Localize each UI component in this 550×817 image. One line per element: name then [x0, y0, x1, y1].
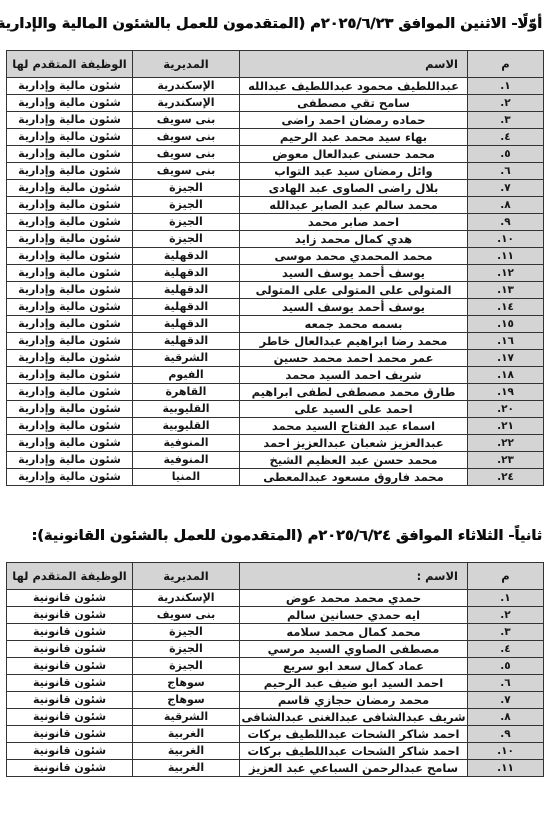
table-row: ٣.محمد كمال محمد سلامهالجيزةشئون قانونية — [7, 624, 544, 641]
cell-directorate: الدقهلية — [133, 299, 240, 316]
cell-num: ٧. — [468, 180, 544, 197]
header-directorate: المديرية — [133, 51, 240, 78]
cell-name: احمد صابر محمد — [240, 214, 468, 231]
cell-name: طارق محمد مصطفى لطفى ابراهيم — [240, 384, 468, 401]
cell-num: ١٩. — [468, 384, 544, 401]
cell-directorate: الدقهلية — [133, 282, 240, 299]
cell-directorate: الشرقية — [133, 709, 240, 726]
table-row: ١٠.هدي كمال محمد زايدالجيزةشئون مالية وإ… — [7, 231, 544, 248]
table-row: ١.حمدي محمد محمد عوضالإسكندريةشئون قانون… — [7, 590, 544, 607]
cell-num: ١٦. — [468, 333, 544, 350]
cell-name: سامح تقي مصطفى — [240, 95, 468, 112]
table-row: ٢١.اسماء عبد الفتاح السيد محمدالقليوبيةش… — [7, 418, 544, 435]
cell-job: شئون مالية وإدارية — [7, 265, 133, 282]
cell-name: احمد شاكر الشحات عبداللطيف بركات — [240, 743, 468, 760]
cell-name: شريف عبدالشافى عبدالغنى عبدالشافى — [240, 709, 468, 726]
applicants-table-legal: م الاسم : المديرية الوظيفة المتقدم لها ١… — [6, 562, 544, 777]
cell-job: شئون مالية وإدارية — [7, 333, 133, 350]
cell-directorate: الدقهلية — [133, 316, 240, 333]
document-page: أوّلًا- الاثنين الموافق ٢٠٢٥/٦/٢٣م (المت… — [0, 0, 550, 817]
cell-job: شئون قانونية — [7, 607, 133, 624]
cell-directorate: الجيزة — [133, 197, 240, 214]
cell-directorate: الغربية — [133, 726, 240, 743]
section-heading-finance-admin: أوّلًا- الاثنين الموافق ٢٠٢٥/٦/٢٣م (المت… — [8, 16, 542, 32]
cell-num: ١٢. — [468, 265, 544, 282]
cell-directorate: الجيزة — [133, 180, 240, 197]
cell-name: احمد السيد ابو ضيف عبد الرحيم — [240, 675, 468, 692]
cell-num: ٣. — [468, 112, 544, 129]
table-row: ١.عبداللطيف محمود عبداللطيف عبداللهالإسك… — [7, 78, 544, 95]
table-row: ٣.حماده رمضان احمد راضىبنى سويفشئون مالي… — [7, 112, 544, 129]
cell-name: ايه حمدي حسانين سالم — [240, 607, 468, 624]
cell-num: ٢. — [468, 95, 544, 112]
cell-directorate: المنيا — [133, 469, 240, 486]
cell-job: شئون مالية وإدارية — [7, 401, 133, 418]
cell-num: ١٧. — [468, 350, 544, 367]
cell-directorate: الغربية — [133, 743, 240, 760]
cell-name: محمد رمضان حجازي قاسم — [240, 692, 468, 709]
cell-name: محمد حسنى عبدالعال معوض — [240, 146, 468, 163]
cell-directorate: سوهاج — [133, 675, 240, 692]
cell-num: ٧. — [468, 692, 544, 709]
cell-num: ٥. — [468, 146, 544, 163]
cell-job: شئون مالية وإدارية — [7, 95, 133, 112]
cell-job: شئون مالية وإدارية — [7, 112, 133, 129]
cell-name: احمد على السيد على — [240, 401, 468, 418]
cell-num: ٢٠. — [468, 401, 544, 418]
table-row: ١٤.يوسف أحمد يوسف السيدالدقهليةشئون مالي… — [7, 299, 544, 316]
table-row: ٦.وائل رمضان سيد عبد التواببنى سويفشئون … — [7, 163, 544, 180]
cell-job: شئون قانونية — [7, 709, 133, 726]
cell-name: اسماء عبد الفتاح السيد محمد — [240, 418, 468, 435]
cell-job: شئون قانونية — [7, 624, 133, 641]
table-row: ١٦.محمد رضا ابراهيم عبدالعال خاطرالدقهلي… — [7, 333, 544, 350]
cell-job: شئون مالية وإدارية — [7, 248, 133, 265]
cell-num: ٦. — [468, 163, 544, 180]
cell-num: ٣. — [468, 624, 544, 641]
cell-directorate: القليوبية — [133, 418, 240, 435]
cell-directorate: الإسكندرية — [133, 590, 240, 607]
cell-directorate: الدقهلية — [133, 265, 240, 282]
cell-job: شئون مالية وإدارية — [7, 146, 133, 163]
table-row: ٤.بهاء سيد محمد عبد الرحيمبنى سويفشئون م… — [7, 129, 544, 146]
cell-job: شئون مالية وإدارية — [7, 435, 133, 452]
cell-job: شئون قانونية — [7, 658, 133, 675]
cell-directorate: بنى سويف — [133, 163, 240, 180]
cell-job: شئون قانونية — [7, 692, 133, 709]
cell-name: محمد رضا ابراهيم عبدالعال خاطر — [240, 333, 468, 350]
table-row: ١٩.طارق محمد مصطفى لطفى ابراهيمالقاهرةشئ… — [7, 384, 544, 401]
header-number: م — [468, 51, 544, 78]
header-number: م — [468, 563, 544, 590]
cell-job: شئون مالية وإدارية — [7, 367, 133, 384]
cell-directorate: الإسكندرية — [133, 78, 240, 95]
table-row: ٢.ايه حمدي حسانين سالمبنى سويفشئون قانون… — [7, 607, 544, 624]
table-row: ١٢.يوسف أحمد يوسف السيدالدقهليةشئون مالي… — [7, 265, 544, 282]
cell-num: ٤. — [468, 641, 544, 658]
cell-num: ١٠. — [468, 743, 544, 760]
cell-job: شئون مالية وإدارية — [7, 214, 133, 231]
cell-directorate: المنوفية — [133, 435, 240, 452]
cell-num: ٢٤. — [468, 469, 544, 486]
cell-directorate: الشرقية — [133, 350, 240, 367]
cell-job: شئون مالية وإدارية — [7, 78, 133, 95]
cell-directorate: الإسكندرية — [133, 95, 240, 112]
cell-num: ١. — [468, 78, 544, 95]
cell-name: بلال راضى الصاوى عبد الهادى — [240, 180, 468, 197]
cell-directorate: الجيزة — [133, 658, 240, 675]
cell-directorate: القليوبية — [133, 401, 240, 418]
table-row: ٤.مصطفى الصاوي السيد مرسيالجيزةشئون قانو… — [7, 641, 544, 658]
cell-directorate: الدقهلية — [133, 248, 240, 265]
cell-directorate: المنوفية — [133, 452, 240, 469]
table-row: ٦.احمد السيد ابو ضيف عبد الرحيمسوهاجشئون… — [7, 675, 544, 692]
cell-name: محمد فاروق مسعود عبدالمعطى — [240, 469, 468, 486]
table-row: ٩.احمد شاكر الشحات عبداللطيف بركاتالغربي… — [7, 726, 544, 743]
header-name: الاسم — [240, 51, 468, 78]
cell-job: شئون مالية وإدارية — [7, 197, 133, 214]
table-row: ٢٣.محمد حسن عبد العظيم الشيخالمنوفيةشئون… — [7, 452, 544, 469]
cell-num: ٥. — [468, 658, 544, 675]
cell-directorate: الغربية — [133, 760, 240, 777]
cell-job: شئون مالية وإدارية — [7, 350, 133, 367]
cell-num: ٢١. — [468, 418, 544, 435]
header-job: الوظيفة المتقدم لها — [7, 563, 133, 590]
table-row: ١١.سامح عبدالرحمن السباعي عبد العزيزالغر… — [7, 760, 544, 777]
table-row: ٥.محمد حسنى عبدالعال معوضبنى سويفشئون ما… — [7, 146, 544, 163]
cell-name: المتولى على المتولى على المتولى — [240, 282, 468, 299]
cell-num: ٩. — [468, 214, 544, 231]
table-body-finance-admin: ١.عبداللطيف محمود عبداللطيف عبداللهالإسك… — [7, 78, 544, 486]
cell-job: شئون مالية وإدارية — [7, 282, 133, 299]
table-row: ١٣.المتولى على المتولى على المتولىالدقهل… — [7, 282, 544, 299]
applicants-table-finance-admin: م الاسم المديرية الوظيفة المتقدم لها ١.ع… — [6, 50, 544, 486]
cell-job: شئون مالية وإدارية — [7, 163, 133, 180]
cell-directorate: الجيزة — [133, 641, 240, 658]
section-monday-finance-admin: أوّلًا- الاثنين الموافق ٢٠٢٥/٦/٢٣م (المت… — [8, 16, 544, 486]
cell-num: ١٣. — [468, 282, 544, 299]
cell-directorate: بنى سويف — [133, 129, 240, 146]
cell-num: ١٤. — [468, 299, 544, 316]
table-row: ١١.محمد المحمدي محمد موسىالدقهليةشئون ما… — [7, 248, 544, 265]
table-body-legal: ١.حمدي محمد محمد عوضالإسكندريةشئون قانون… — [7, 590, 544, 777]
section-heading-legal: ثانياً- الثلاثاء الموافق ٢٠٢٥/٦/٢٤م (الم… — [8, 528, 542, 544]
cell-name: يوسف أحمد يوسف السيد — [240, 265, 468, 282]
cell-directorate: الفيوم — [133, 367, 240, 384]
cell-name: حماده رمضان احمد راضى — [240, 112, 468, 129]
cell-name: مصطفى الصاوي السيد مرسي — [240, 641, 468, 658]
cell-job: شئون مالية وإدارية — [7, 316, 133, 333]
cell-name: محمد كمال محمد سلامه — [240, 624, 468, 641]
cell-job: شئون مالية وإدارية — [7, 129, 133, 146]
table-row: ٢٢.عبدالعزيز شعبان عبدالعزيز احمدالمنوفي… — [7, 435, 544, 452]
table-row: ١٠.احمد شاكر الشحات عبداللطيف بركاتالغرب… — [7, 743, 544, 760]
table-row: ٩.احمد صابر محمدالجيزةشئون مالية وإدارية — [7, 214, 544, 231]
cell-job: شئون قانونية — [7, 641, 133, 658]
cell-name: عمر محمد احمد محمد حسين — [240, 350, 468, 367]
table-row: ٢٤.محمد فاروق مسعود عبدالمعطىالمنياشئون … — [7, 469, 544, 486]
header-name: الاسم : — [240, 563, 468, 590]
cell-name: سامح عبدالرحمن السباعي عبد العزيز — [240, 760, 468, 777]
cell-num: ٦. — [468, 675, 544, 692]
cell-directorate: الجيزة — [133, 624, 240, 641]
table-row: ٥.عماد كمال سعد ابو سريعالجيزةشئون قانون… — [7, 658, 544, 675]
cell-num: ٨. — [468, 709, 544, 726]
cell-job: شئون مالية وإدارية — [7, 452, 133, 469]
cell-name: وائل رمضان سيد عبد التواب — [240, 163, 468, 180]
table-header-row: م الاسم : المديرية الوظيفة المتقدم لها — [7, 563, 544, 590]
cell-name: يوسف أحمد يوسف السيد — [240, 299, 468, 316]
cell-job: شئون مالية وإدارية — [7, 384, 133, 401]
cell-job: شئون قانونية — [7, 760, 133, 777]
table-row: ١٨.شريف احمد السيد محمدالفيومشئون مالية … — [7, 367, 544, 384]
cell-num: ٢٣. — [468, 452, 544, 469]
table-row: ٨.محمد سالم عبد الصابر عبداللهالجيزةشئون… — [7, 197, 544, 214]
cell-num: ١٨. — [468, 367, 544, 384]
cell-name: عماد كمال سعد ابو سريع — [240, 658, 468, 675]
cell-num: ١٠. — [468, 231, 544, 248]
header-directorate: المديرية — [133, 563, 240, 590]
table-row: ٧.محمد رمضان حجازي قاسمسوهاجشئون قانونية — [7, 692, 544, 709]
cell-directorate: الدقهلية — [133, 333, 240, 350]
cell-num: ١. — [468, 590, 544, 607]
cell-name: محمد المحمدي محمد موسى — [240, 248, 468, 265]
cell-directorate: بنى سويف — [133, 146, 240, 163]
table-row: ١٥.بسمه محمد جمعهالدقهليةشئون مالية وإدا… — [7, 316, 544, 333]
cell-num: ٢. — [468, 607, 544, 624]
cell-name: هدي كمال محمد زايد — [240, 231, 468, 248]
cell-job: شئون مالية وإدارية — [7, 469, 133, 486]
cell-job: شئون مالية وإدارية — [7, 180, 133, 197]
cell-name: عبداللطيف محمود عبداللطيف عبدالله — [240, 78, 468, 95]
cell-job: شئون مالية وإدارية — [7, 231, 133, 248]
cell-num: ٤. — [468, 129, 544, 146]
cell-num: ٨. — [468, 197, 544, 214]
section-tuesday-legal: ثانياً- الثلاثاء الموافق ٢٠٢٥/٦/٢٤م (الم… — [8, 528, 544, 777]
table-row: ٨.شريف عبدالشافى عبدالغنى عبدالشافىالشرق… — [7, 709, 544, 726]
cell-directorate: الجيزة — [133, 214, 240, 231]
table-row: ١٧.عمر محمد احمد محمد حسينالشرقيةشئون ما… — [7, 350, 544, 367]
cell-job: شئون قانونية — [7, 726, 133, 743]
cell-name: بهاء سيد محمد عبد الرحيم — [240, 129, 468, 146]
cell-job: شئون قانونية — [7, 675, 133, 692]
cell-directorate: الجيزة — [133, 231, 240, 248]
cell-name: محمد سالم عبد الصابر عبدالله — [240, 197, 468, 214]
cell-num: ٩. — [468, 726, 544, 743]
cell-name: شريف احمد السيد محمد — [240, 367, 468, 384]
cell-directorate: القاهرة — [133, 384, 240, 401]
cell-name: محمد حسن عبد العظيم الشيخ — [240, 452, 468, 469]
cell-job: شئون مالية وإدارية — [7, 418, 133, 435]
cell-directorate: سوهاج — [133, 692, 240, 709]
cell-name: حمدي محمد محمد عوض — [240, 590, 468, 607]
table-row: ٧.بلال راضى الصاوى عبد الهادىالجيزةشئون … — [7, 180, 544, 197]
cell-name: بسمه محمد جمعه — [240, 316, 468, 333]
cell-name: عبدالعزيز شعبان عبدالعزيز احمد — [240, 435, 468, 452]
cell-num: ٢٢. — [468, 435, 544, 452]
cell-directorate: بنى سويف — [133, 607, 240, 624]
table-row: ٢.سامح تقي مصطفىالإسكندريةشئون مالية وإد… — [7, 95, 544, 112]
cell-num: ١١. — [468, 760, 544, 777]
cell-num: ١١. — [468, 248, 544, 265]
table-header-row: م الاسم المديرية الوظيفة المتقدم لها — [7, 51, 544, 78]
cell-num: ١٥. — [468, 316, 544, 333]
header-job: الوظيفة المتقدم لها — [7, 51, 133, 78]
cell-job: شئون مالية وإدارية — [7, 299, 133, 316]
table-row: ٢٠.احمد على السيد علىالقليوبيةشئون مالية… — [7, 401, 544, 418]
cell-name: احمد شاكر الشحات عبداللطيف بركات — [240, 726, 468, 743]
cell-job: شئون قانونية — [7, 743, 133, 760]
cell-directorate: بنى سويف — [133, 112, 240, 129]
cell-job: شئون قانونية — [7, 590, 133, 607]
